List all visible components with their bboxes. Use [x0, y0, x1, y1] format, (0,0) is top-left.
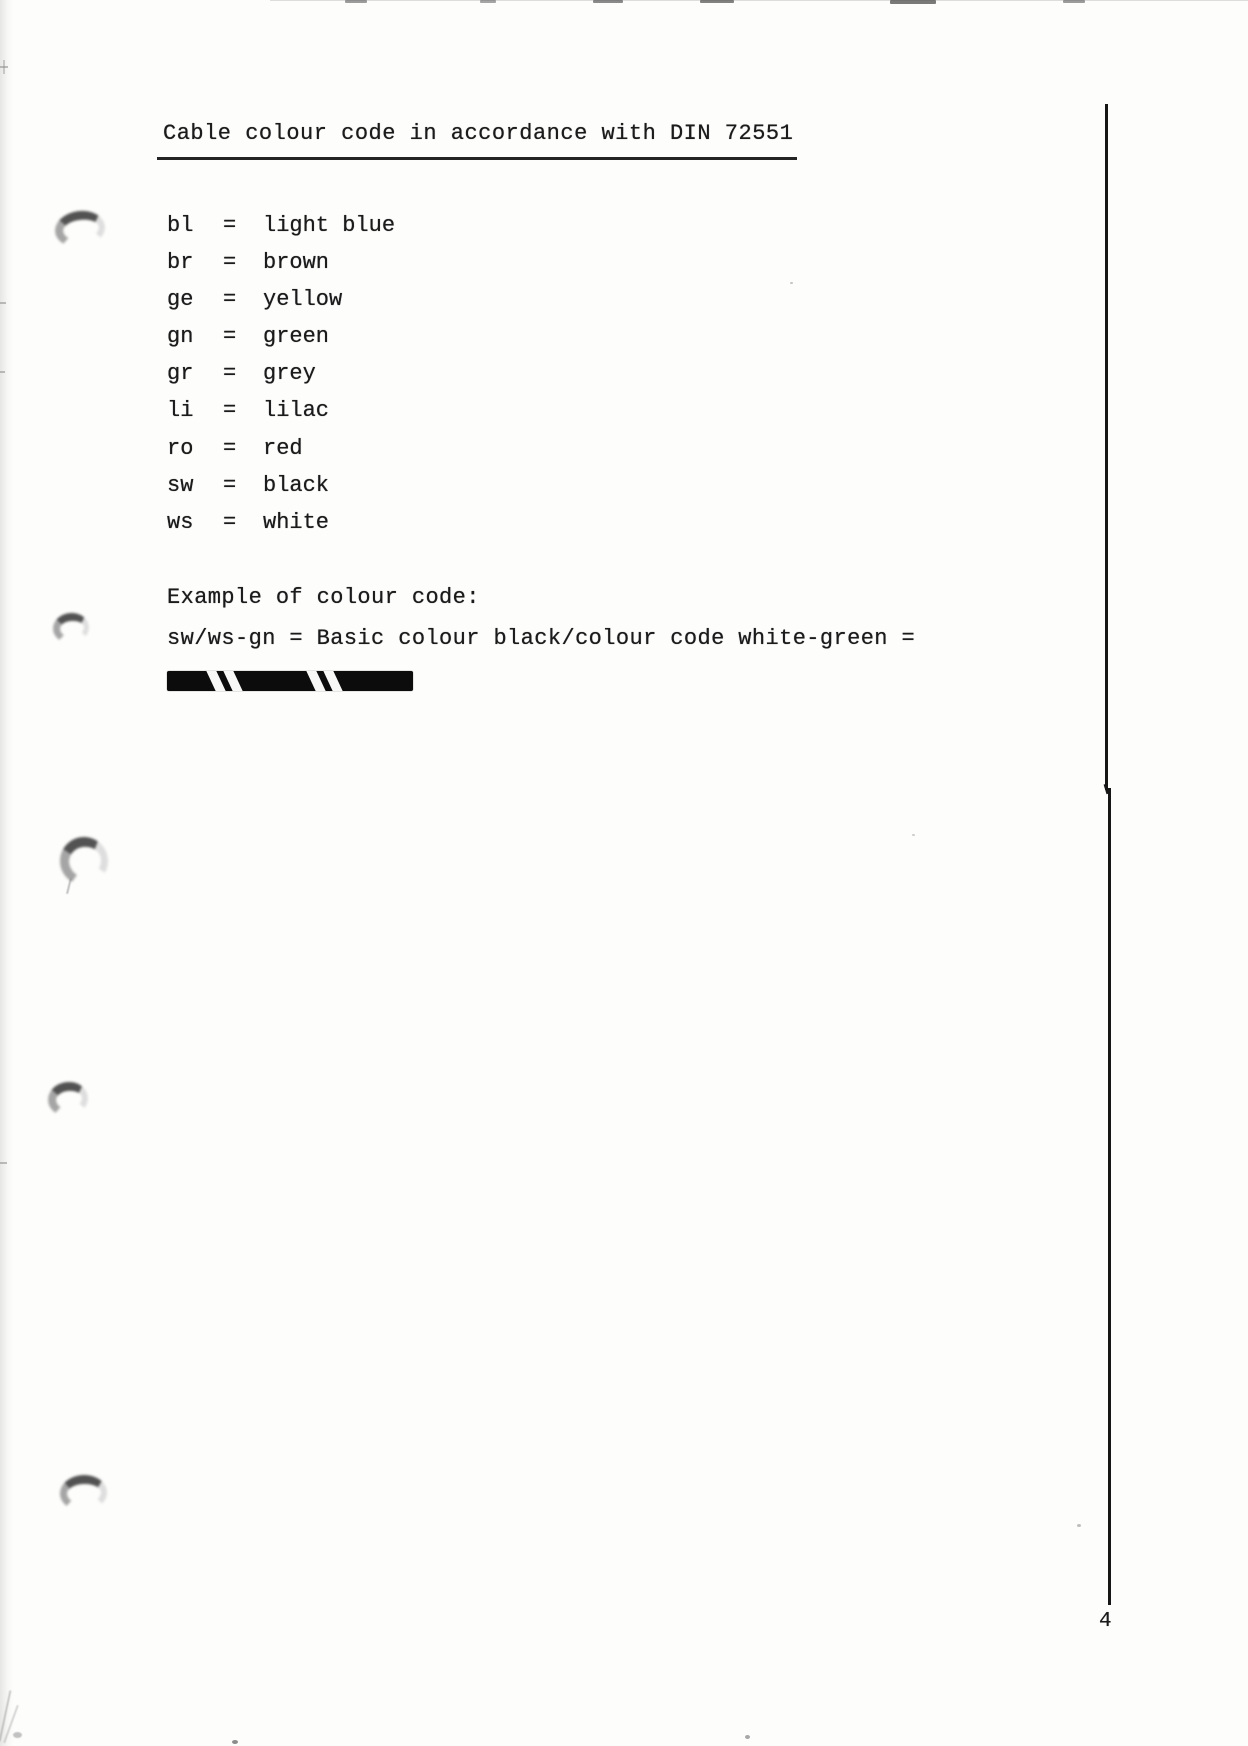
- colour-name: black: [263, 467, 329, 504]
- swatch-stripe: [322, 671, 344, 691]
- scan-artifact: [270, 0, 1248, 1]
- colour-code-row: bl = light blue: [167, 207, 395, 244]
- colour-abbreviation: br: [167, 244, 223, 281]
- colour-name: grey: [263, 355, 316, 392]
- scan-artifact: [0, 1162, 7, 1164]
- page-title: Cable colour code in accordance with DIN…: [163, 122, 793, 146]
- swatch-stripe: [205, 671, 227, 691]
- scan-artifact: [0, 371, 5, 373]
- scan-artifact: [345, 0, 367, 3]
- equals-sign: =: [223, 281, 263, 318]
- margin-rule: [1105, 104, 1108, 790]
- hole-punch-mark: [52, 611, 91, 645]
- scan-artifact: [1063, 0, 1085, 3]
- scanned-document-page: Cable colour code in accordance with DIN…: [0, 0, 1248, 1746]
- colour-abbreviation: ro: [167, 430, 223, 467]
- hole-punch-mark: [46, 1079, 90, 1118]
- swatch-stripe: [222, 671, 244, 691]
- colour-code-row: ge = yellow: [167, 281, 395, 318]
- colour-code-row: ro = red: [167, 430, 395, 467]
- margin-rule: [1108, 788, 1111, 1605]
- scan-artifact: [0, 302, 6, 304]
- title-underline: [157, 157, 797, 160]
- scan-artifact: [912, 834, 915, 836]
- hole-punch-mark: [55, 832, 113, 890]
- scan-edge-shade: [0, 0, 14, 1746]
- equals-sign: =: [223, 244, 263, 281]
- swatch-stripe: [305, 671, 327, 691]
- scan-artifact: [232, 1740, 238, 1744]
- colour-name: white: [263, 504, 329, 541]
- scan-artifact: [3, 60, 5, 74]
- example-heading: Example of colour code:: [167, 586, 480, 610]
- colour-name: light blue: [263, 207, 395, 244]
- example-definition: sw/ws-gn = Basic colour black/colour cod…: [167, 625, 915, 653]
- colour-abbreviation: bl: [167, 207, 223, 244]
- colour-abbreviation: li: [167, 392, 223, 429]
- hole-punch-mark: [66, 878, 72, 894]
- colour-abbreviation: gn: [167, 318, 223, 355]
- scan-artifact: [593, 0, 623, 3]
- equals-sign: =: [223, 467, 263, 504]
- colour-code-row: gr = grey: [167, 355, 395, 392]
- colour-code-row: br = brown: [167, 244, 395, 281]
- colour-abbreviation: gr: [167, 355, 223, 392]
- colour-code-row: li = lilac: [167, 392, 395, 429]
- colour-name: yellow: [263, 281, 342, 318]
- colour-code-row: sw = black: [167, 467, 395, 504]
- equals-sign: =: [223, 430, 263, 467]
- scan-artifact: [1077, 1524, 1081, 1527]
- equals-sign: =: [223, 207, 263, 244]
- hole-punch-mark: [53, 208, 108, 251]
- page-number: 4: [1099, 1610, 1112, 1634]
- colour-code-row: ws = white: [167, 504, 395, 541]
- equals-sign: =: [223, 355, 263, 392]
- hole-punch-mark: [59, 1474, 108, 1512]
- scan-artifact: [13, 1732, 22, 1738]
- scan-artifact: [480, 0, 496, 3]
- scan-artifact: [790, 282, 793, 284]
- colour-abbreviation: ws: [167, 504, 223, 541]
- colour-name: red: [263, 430, 303, 467]
- colour-name: brown: [263, 244, 329, 281]
- colour-name: green: [263, 318, 329, 355]
- equals-sign: =: [223, 392, 263, 429]
- scan-artifact: [890, 0, 936, 4]
- colour-name: lilac: [263, 392, 329, 429]
- scan-artifact: [700, 0, 734, 3]
- equals-sign: =: [223, 504, 263, 541]
- scan-artifact: [745, 1735, 750, 1739]
- cable-colour-swatch: [167, 671, 413, 691]
- colour-abbreviation: ge: [167, 281, 223, 318]
- equals-sign: =: [223, 318, 263, 355]
- colour-abbreviation: sw: [167, 467, 223, 504]
- colour-code-row: gn = green: [167, 318, 395, 355]
- colour-code-list: bl = light blue br = brown ge = yellow g…: [167, 207, 395, 541]
